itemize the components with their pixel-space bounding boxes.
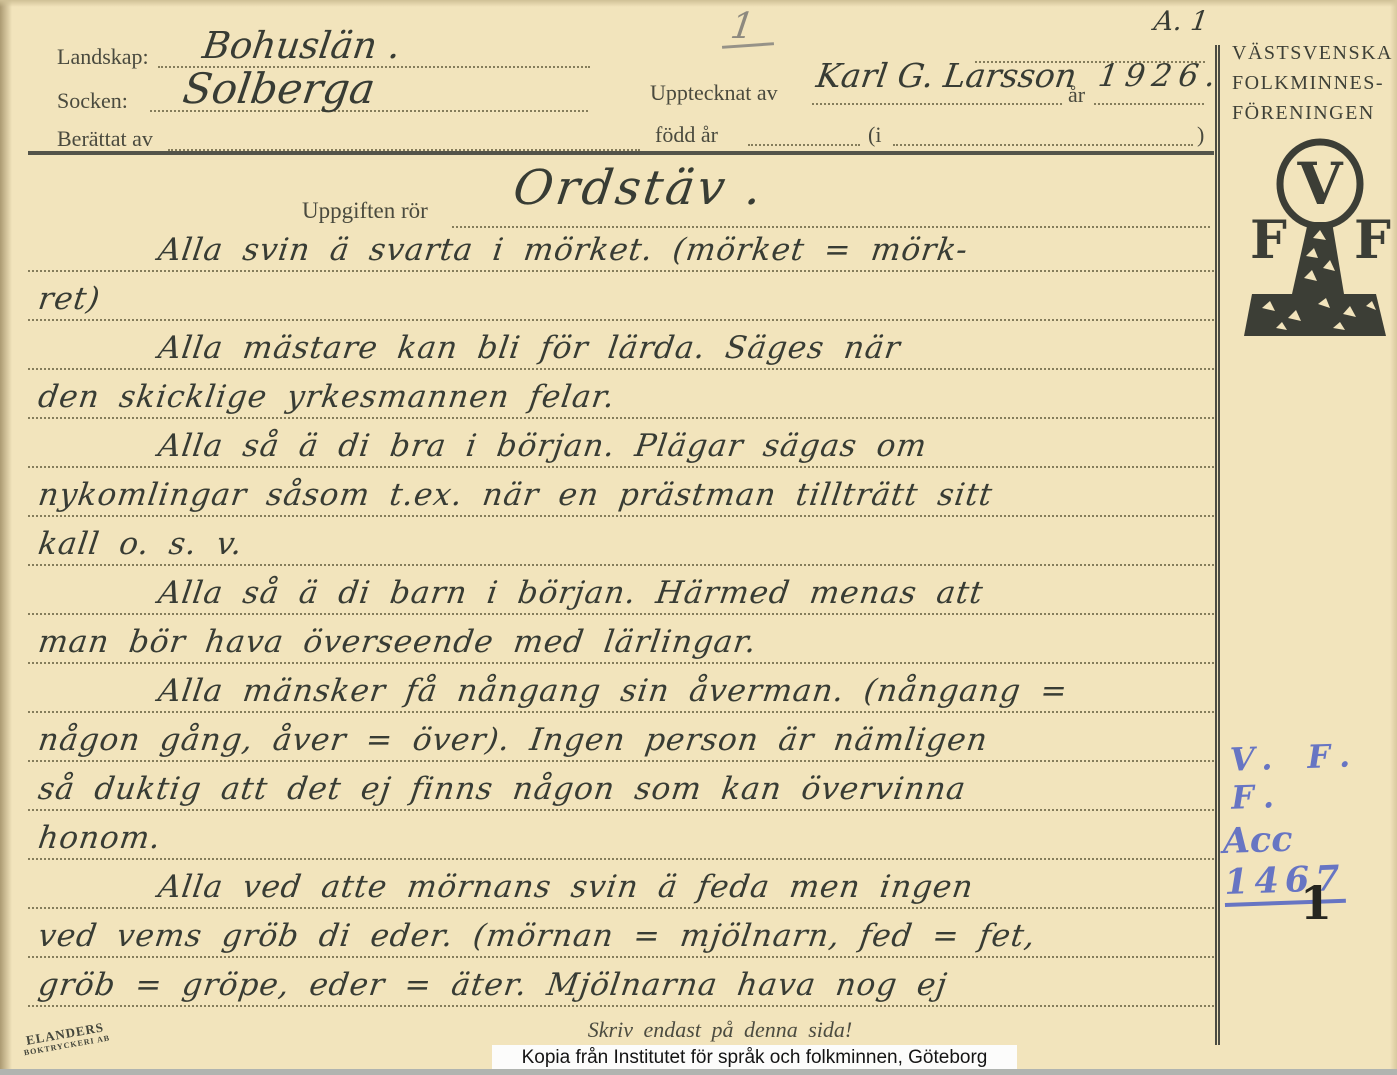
handwritten-line-text: Alla ved atte mörnans svin ä feda men in… [156, 869, 976, 905]
page-number: 1 [1300, 876, 1332, 930]
organization-name: VÄSTSVENSKA FOLKMINNES- FÖRENINGEN [1232, 38, 1393, 128]
uppgiften-ror-label: Uppgiften rör [302, 198, 428, 224]
archive-attribution-strip: Kopia från Institutet för språk och folk… [492, 1045, 1017, 1071]
handwritten-line: Alla mästare kan bli för lärda. Säges nä… [28, 321, 1214, 370]
archive-attribution-text: Kopia från Institutet för språk och folk… [492, 1045, 1017, 1071]
upptecknat-value: Karl G. Larsson [814, 56, 1079, 95]
handwritten-line: någon gång, åver = över). Ingen person ä… [28, 713, 1214, 762]
handwritten-line: nykomlingar såsom t.ex. när en prästman … [28, 468, 1214, 517]
handwritten-line: kall o. s. v. [28, 517, 1214, 566]
ar-label: år [1068, 82, 1085, 108]
handwritten-line: så duktig att det ej finns någon som kan… [28, 762, 1214, 811]
handwritten-line: Alla så ä di bra i början. Plägar sägas … [28, 419, 1214, 468]
landskap-value: Bohuslän . [200, 24, 403, 67]
pencil-number-annotation: 1 [728, 6, 757, 47]
landskap-label: Landskap: [57, 44, 149, 70]
handwritten-body: Alla svin ä svarta i mörket. (mörket = m… [28, 223, 1214, 1007]
berattat-av-dotted-line [168, 127, 640, 151]
handwritten-line-text: Alla mästare kan bli för lärda. Säges nä… [156, 330, 903, 366]
handwritten-line-text: den skicklige yrkesmannen felar. [36, 379, 618, 415]
handwritten-line-text: Alla mänsker få nångang sin åverman. (nå… [156, 673, 1070, 709]
berattat-av-label: Berättat av [57, 126, 153, 152]
handwritten-line: ved vems gröb di eder. (mörnan = mjölnar… [28, 909, 1214, 958]
handwritten-line-text: Alla så ä di bra i början. Plägar sägas … [156, 428, 929, 464]
fodd-ar-label: född år [655, 122, 718, 148]
handwritten-line-text: ret) [36, 281, 103, 317]
handwritten-line: Alla mänsker få nångang sin åverman. (nå… [28, 664, 1214, 713]
socken-label: Socken: [57, 88, 128, 114]
svg-text:F: F [1250, 210, 1287, 271]
ar-value: 1926. [1096, 58, 1225, 94]
handwritten-line-text: Alla svin ä svarta i mörket. (mörket = m… [156, 232, 970, 268]
handwritten-line: den skicklige yrkesmannen felar. [28, 370, 1214, 419]
org-name-line2: FOLKMINNES- [1232, 68, 1393, 98]
upptecknat-av-label: Upptecknat av [650, 80, 778, 106]
handwritten-line-text: Alla så ä di barn i början. Härmed menas… [156, 575, 986, 611]
handwritten-line-text: man bör hava överseende med lärlingar. [36, 624, 759, 660]
handwritten-line-text: honom. [36, 820, 164, 856]
handwritten-line: Alla svin ä svarta i mörket. (mörket = m… [28, 223, 1214, 272]
paren-close-label: ) [1197, 122, 1204, 148]
fodd-ar-dotted-line [748, 122, 860, 146]
org-name-line3: FÖRENINGEN [1232, 98, 1393, 128]
handwritten-line: Alla ved atte mörnans svin ä feda men in… [28, 860, 1214, 909]
uppgiften-value-title: Ordstäv . [510, 160, 768, 216]
handwritten-line: Alla så ä di barn i början. Härmed menas… [28, 566, 1214, 615]
paren-open-label: (i [868, 122, 881, 148]
handwritten-line: man bör hava överseende med lärlingar. [28, 615, 1214, 664]
scanned-document-page: 1 A. 1 Landskap: Bohuslän . Socken: Solb… [0, 0, 1397, 1075]
stamp-acc-label: Acc [1222, 819, 1293, 862]
corner-code-annotation: A. 1 [1152, 6, 1210, 37]
socken-value: Solberga [180, 64, 378, 113]
org-name-line1: VÄSTSVENSKA [1232, 38, 1393, 68]
handwritten-line-text: någon gång, åver = över). Ingen person ä… [36, 722, 990, 758]
handwritten-line: gröb = gröpe, eder = äter. Mjölnarna hav… [28, 958, 1214, 1007]
scan-edge-left [0, 0, 12, 1075]
handwritten-line: honom. [28, 811, 1214, 860]
thors-hammer-vff-logo-icon: V F F [1238, 136, 1392, 348]
header-double-rule [28, 151, 1214, 155]
handwritten-line-text: gröb = gröpe, eder = äter. Mjölnarna hav… [36, 967, 950, 1003]
scan-edge-bottom [0, 1069, 1397, 1075]
birthplace-dotted-line [893, 122, 1193, 146]
handwritten-line-text: kall o. s. v. [36, 526, 245, 562]
stamp-org-initials: V. F. F. [1229, 735, 1397, 817]
handwritten-line-text: nykomlingar såsom t.ex. när en prästman … [36, 477, 995, 513]
svg-text:V: V [1296, 150, 1343, 218]
handwritten-line-text: ved vems gröb di eder. (mörnan = mjölnar… [36, 918, 1038, 954]
handwritten-line-text: så duktig att det ej finns någon som kan… [36, 771, 968, 807]
write-only-this-side-note: Skriv endast på denna sida! [500, 1017, 940, 1043]
handwritten-line: ret) [28, 272, 1214, 321]
svg-text:F: F [1354, 210, 1391, 271]
right-column-divider [1215, 45, 1220, 1045]
printer-mark: ELANDERS BOKTRYCKERI AB [21, 1019, 111, 1058]
